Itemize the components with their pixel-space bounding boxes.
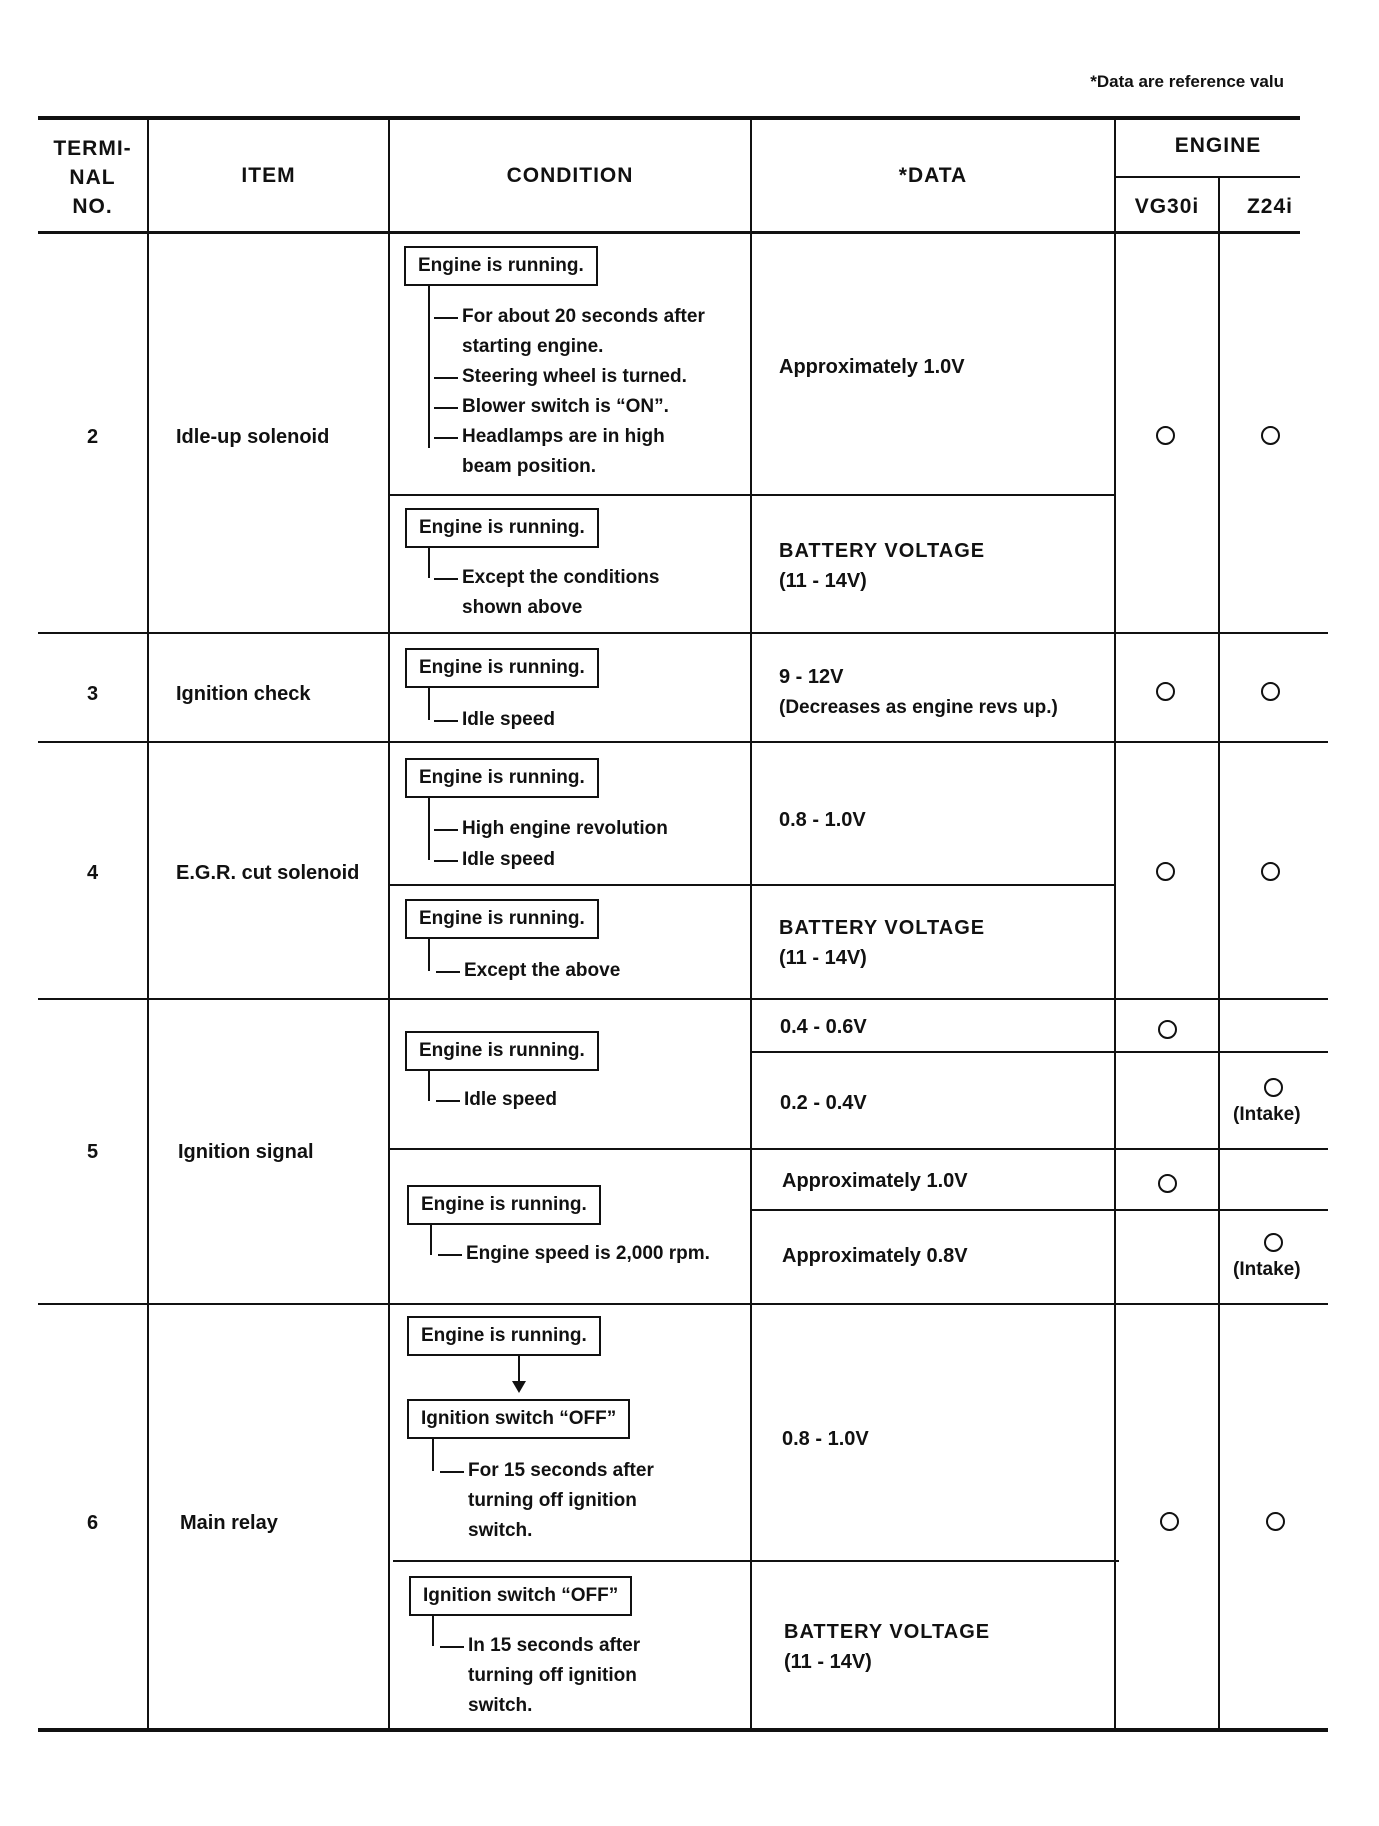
header-bottom-border: [38, 231, 1300, 234]
condition-tree-line: [428, 688, 430, 720]
condition-branch: Except the conditions: [462, 563, 659, 593]
data-value: Approximately 0.8V: [782, 1241, 968, 1271]
data-value: (Decreases as engine revs up.): [779, 693, 1058, 723]
row-5-sub-line-2: [752, 1209, 1328, 1211]
row-3-bottom: [38, 741, 1328, 743]
col-line-condition: [750, 116, 752, 1730]
col-line-vg30i: [1218, 176, 1220, 1730]
condition-branch-cont: switch.: [468, 1691, 532, 1721]
header-data: *DATA: [752, 161, 1114, 190]
condition-branch: Headlamps are in high: [462, 422, 665, 452]
condition-box: Engine is running.: [407, 1185, 601, 1225]
col-line-terminal: [147, 116, 149, 1730]
row-6-inner-line: [393, 1560, 1119, 1562]
condition-tree-line: [428, 286, 430, 448]
condition-box: Engine is running.: [407, 1316, 601, 1356]
row-4-bottom: [38, 998, 1328, 1000]
condition-box: Ignition switch “OFF”: [409, 1576, 632, 1616]
condition-box: Engine is running.: [405, 1031, 599, 1071]
applicable-marker-z24i: [1264, 1078, 1283, 1097]
header-item: ITEM: [149, 161, 388, 190]
applicable-marker-z24i: [1261, 862, 1280, 881]
terminal-number: 5: [38, 1137, 147, 1167]
condition-tree-line: [430, 1225, 432, 1255]
header-engine-z24i: Z24i: [1220, 192, 1320, 221]
condition-branch-cont: switch.: [468, 1516, 532, 1546]
applicable-marker-vg30i: [1156, 862, 1175, 881]
condition-tree-line: [428, 548, 430, 578]
flow-arrow-icon: [512, 1381, 526, 1393]
data-value: BATTERY VOLTAGE: [784, 1617, 990, 1647]
condition-tree-line: [428, 1071, 430, 1101]
intake-note: (Intake): [1233, 1259, 1301, 1281]
condition-branch: Idle speed: [462, 705, 555, 735]
applicable-marker-z24i: [1266, 1512, 1285, 1531]
table-bottom-border: [38, 1728, 1328, 1732]
data-value: 0.2 - 0.4V: [780, 1088, 867, 1118]
data-value: 0.4 - 0.6V: [780, 1012, 867, 1042]
data-value: 0.8 - 1.0V: [782, 1424, 869, 1454]
data-value: BATTERY VOLTAGE: [779, 536, 985, 566]
terminal-number: 3: [38, 679, 147, 709]
condition-box: Engine is running.: [405, 899, 599, 939]
condition-branch-cont: turning off ignition: [468, 1661, 637, 1691]
item-name: Idle-up solenoid: [176, 422, 329, 452]
item-name: Ignition check: [176, 679, 310, 709]
row-2-bottom: [38, 632, 1328, 634]
applicable-marker-vg30i: [1158, 1020, 1177, 1039]
condition-branch-cont: beam position.: [462, 452, 596, 482]
terminal-number: 2: [38, 422, 147, 452]
applicable-marker-vg30i: [1156, 682, 1175, 701]
applicable-marker-vg30i: [1158, 1174, 1177, 1193]
item-name: Main relay: [180, 1508, 278, 1538]
header-terminal-no: TERMI- NAL NO.: [38, 134, 147, 221]
condition-branch: For 15 seconds after: [468, 1456, 654, 1486]
condition-branch-cont: turning off ignition: [468, 1486, 637, 1516]
engine-subheader-line: [1114, 176, 1300, 178]
condition-box-secondary: Ignition switch “OFF”: [407, 1399, 630, 1439]
condition-branch-cont: starting engine.: [462, 332, 603, 362]
applicable-marker-z24i: [1264, 1233, 1283, 1252]
condition-box: Engine is running.: [404, 246, 598, 286]
data-value: 9 - 12V: [779, 662, 843, 692]
condition-box: Engine is running.: [405, 758, 599, 798]
data-value: (11 - 14V): [784, 1647, 872, 1677]
condition-branch-cont: shown above: [462, 593, 582, 623]
condition-branch: Engine speed is 2,000 rpm.: [466, 1239, 710, 1269]
condition-branch: High engine revolution: [462, 814, 668, 844]
row-5-bottom: [38, 1303, 1328, 1305]
col-line-data: [1114, 116, 1116, 1730]
terminal-number: 4: [38, 858, 147, 888]
condition-tree-line: [432, 1439, 434, 1471]
condition-branch: For about 20 seconds after: [462, 302, 705, 332]
applicable-marker-z24i: [1261, 682, 1280, 701]
applicable-marker-vg30i: [1160, 1512, 1179, 1531]
table-top-border: [38, 116, 1300, 120]
reference-note: *Data are reference valu: [1090, 72, 1284, 92]
condition-branch: Idle speed: [462, 845, 555, 875]
data-value: 0.8 - 1.0V: [779, 805, 866, 835]
applicable-marker-z24i: [1261, 426, 1280, 445]
terminal-number: 6: [38, 1508, 147, 1538]
row-5-inner-line: [390, 1148, 1328, 1150]
data-value: Approximately 1.0V: [779, 352, 965, 382]
applicable-marker-vg30i: [1156, 426, 1175, 445]
header-engine-vg30i: VG30i: [1116, 192, 1218, 221]
item-name: Ignition signal: [178, 1137, 314, 1167]
data-value: (11 - 14V): [779, 566, 867, 596]
condition-tree-line: [432, 1616, 434, 1646]
flow-arrow-line: [518, 1356, 520, 1384]
condition-branch: Idle speed: [464, 1085, 557, 1115]
data-value: (11 - 14V): [779, 943, 867, 973]
condition-branch: Steering wheel is turned.: [462, 362, 687, 392]
data-value: BATTERY VOLTAGE: [779, 913, 985, 943]
header-engine: ENGINE: [1116, 131, 1320, 160]
data-value: Approximately 1.0V: [782, 1166, 968, 1196]
header-condition: CONDITION: [390, 161, 750, 190]
condition-box: Engine is running.: [405, 648, 599, 688]
intake-note: (Intake): [1233, 1104, 1301, 1126]
condition-branch: In 15 seconds after: [468, 1631, 640, 1661]
col-line-item: [388, 116, 390, 1730]
condition-branch: Except the above: [464, 956, 620, 986]
condition-box: Engine is running.: [405, 508, 599, 548]
condition-tree-line: [428, 939, 430, 971]
item-name: E.G.R. cut solenoid: [176, 858, 359, 888]
condition-tree-line: [428, 798, 430, 860]
row-4-inner-line: [390, 884, 1116, 886]
condition-branch: Blower switch is “ON”.: [462, 392, 669, 422]
row-5-sub-line-1: [752, 1051, 1328, 1053]
